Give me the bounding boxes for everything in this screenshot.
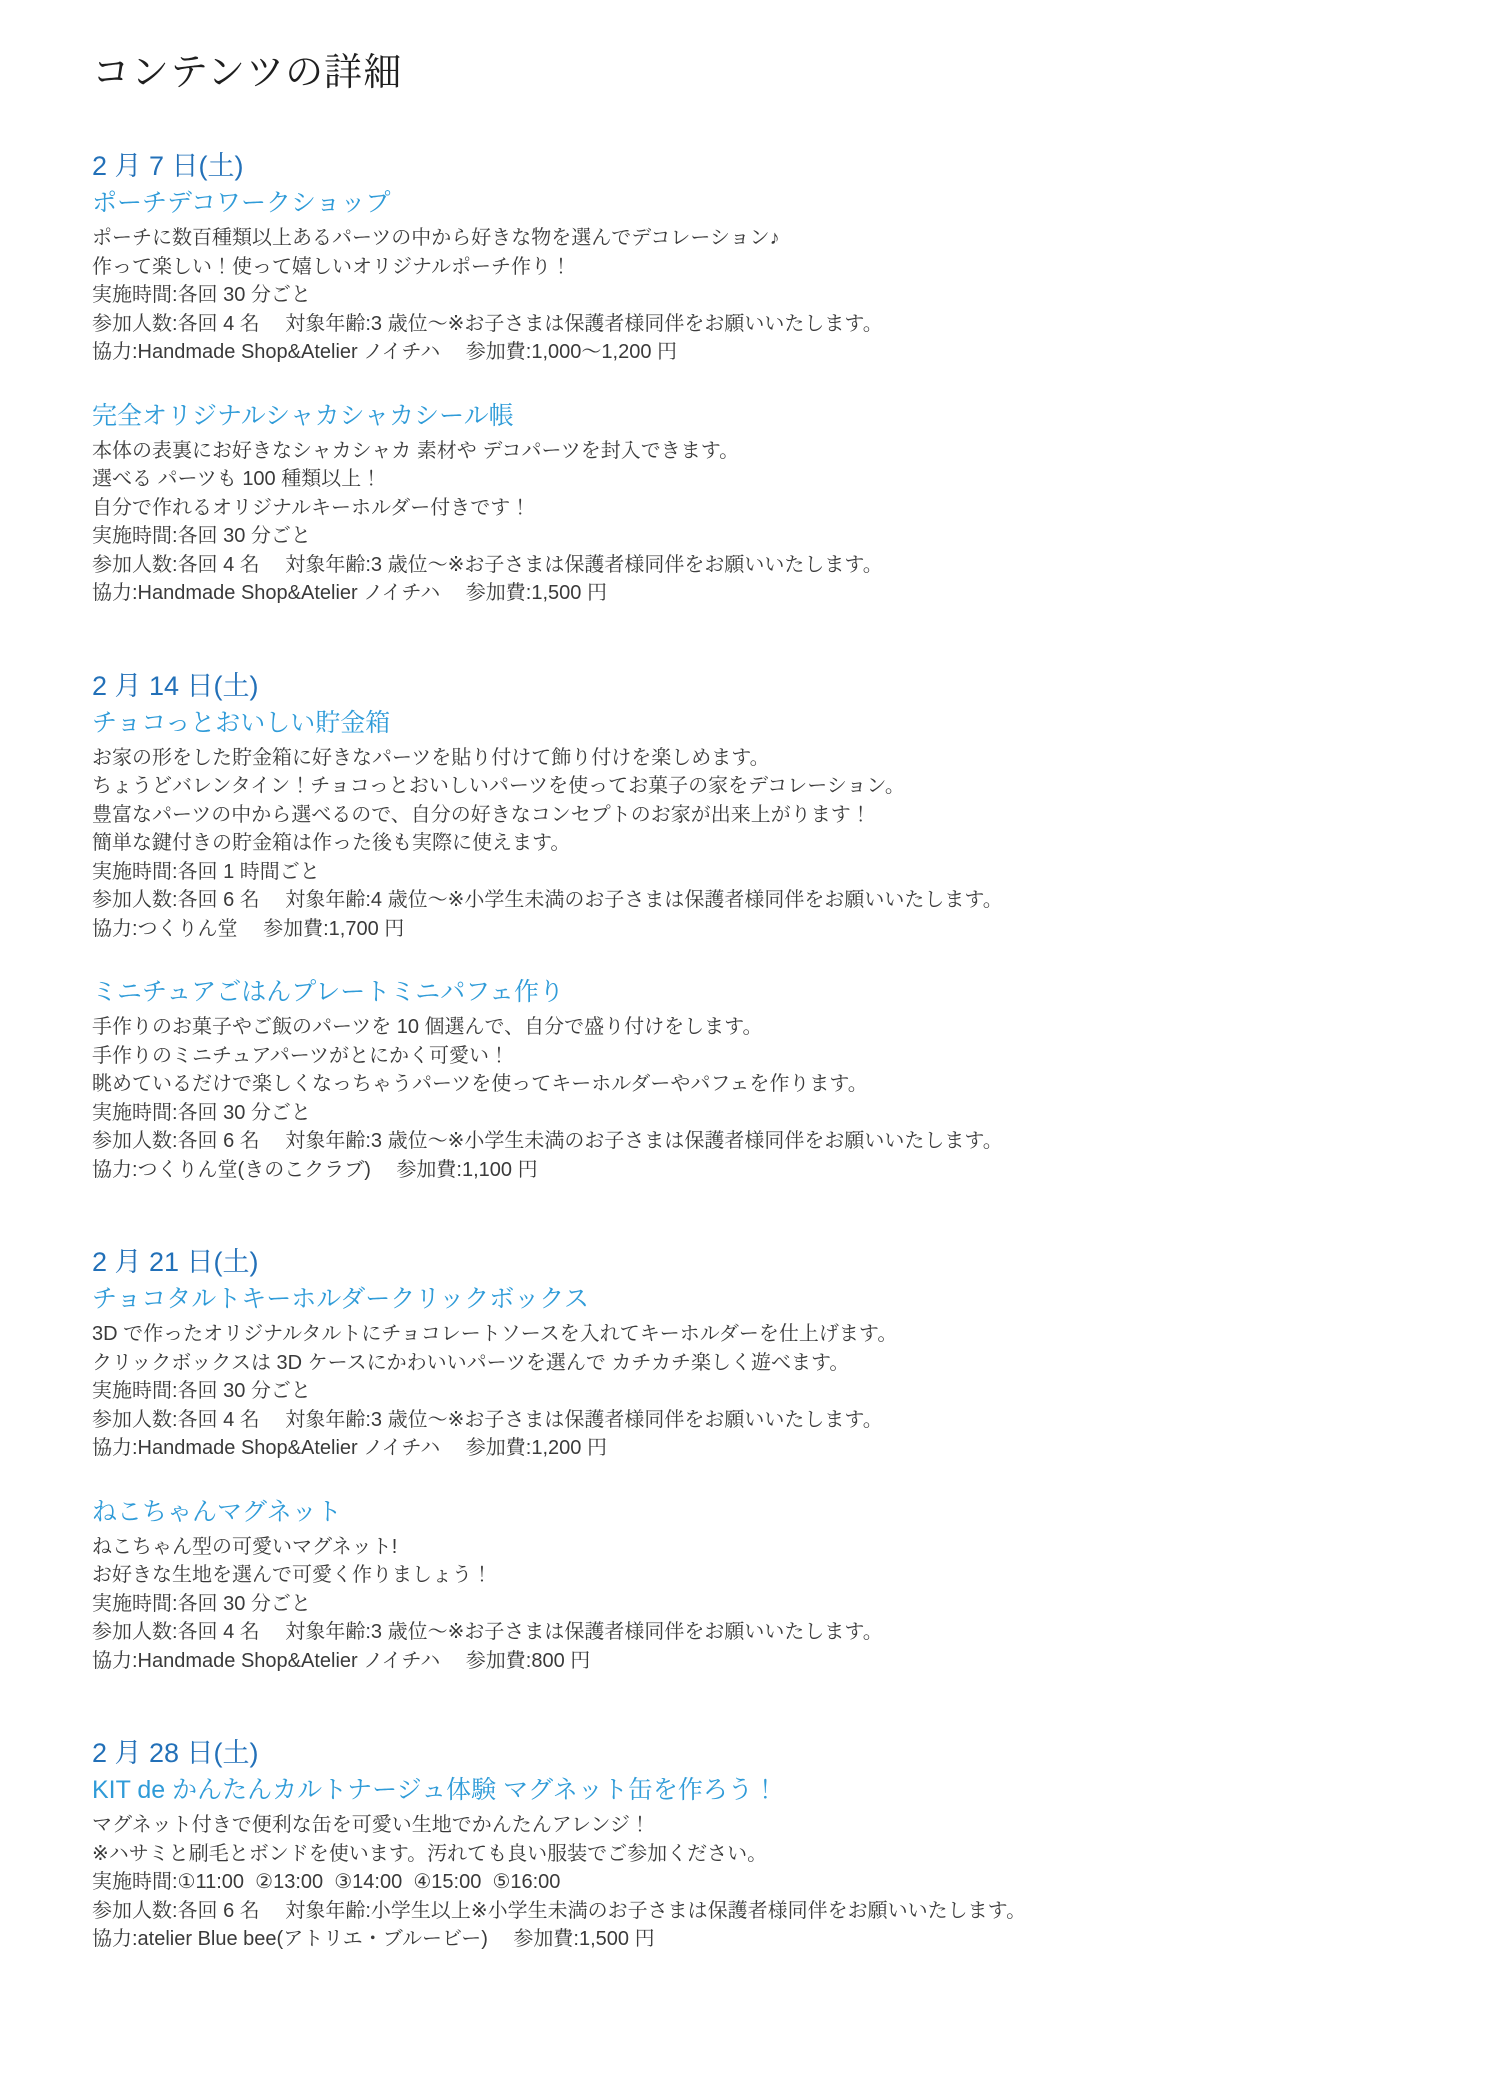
event-detail-line: 簡単な鍵付きの貯金箱は作った後も実際に使えます。 [92, 829, 1395, 858]
event-detail-line: 作って楽しい！使って嬉しいオリジナルポーチ作り！ [92, 253, 1395, 282]
event-detail-line: 本体の表裏にお好きなシャカシャカ 素材や デコパーツを封入できます。 [92, 437, 1395, 466]
events-container: KIT de かんたんカルトナージュ体験 マグネット缶を作ろう！ マグネット付き… [92, 1773, 1395, 1954]
event-detail-line: 眺めているだけで楽しくなっちゃうパーツを使ってキーホルダーやパフェを作ります。 [92, 1070, 1395, 1099]
event-detail-line: 実施時間:各回 30 分ごと [92, 1590, 1395, 1619]
date-heading: 2 月 14 日(土) [92, 668, 1395, 704]
event-detail-line: 参加人数:各回 4 名 対象年齢:3 歳位～※お子さまは保護者様同伴をお願いいた… [92, 310, 1395, 339]
event-block: チョコタルトキーホルダークリックボックス 3D で作ったオリジナルタルトにチョコ… [92, 1282, 1395, 1463]
event-detail-line: マグネット付きで便利な缶を可愛い生地でかんたんアレンジ！ [92, 1811, 1395, 1840]
event-block: 完全オリジナルシャカシャカシール帳 本体の表裏にお好きなシャカシャカ 素材や デ… [92, 399, 1395, 608]
events-container: チョコタルトキーホルダークリックボックス 3D で作ったオリジナルタルトにチョコ… [92, 1282, 1395, 1675]
event-block: ねこちゃんマグネット ねこちゃん型の可愛いマグネット! お好きな生地を選んで可愛… [92, 1495, 1395, 1676]
event-block: チョコっとおいしい貯金箱 お家の形をした貯金箱に好きなパーツを貼り付けて飾り付け… [92, 706, 1395, 944]
event-detail-line: 参加人数:各回 6 名 対象年齢:4 歳位～※小学生未満のお子さまは保護者様同伴… [92, 886, 1395, 915]
event-lines: 本体の表裏にお好きなシャカシャカ 素材や デコパーツを封入できます。 選べる パ… [92, 437, 1395, 608]
event-detail-line: 自分で作れるオリジナルキーホルダー付きです！ [92, 494, 1395, 523]
date-heading: 2 月 7 日(土) [92, 148, 1395, 184]
event-detail-line: 参加人数:各回 6 名 対象年齢:小学生以上※小学生未満のお子さまは保護者様同伴… [92, 1897, 1395, 1926]
event-detail-line: 参加人数:各回 4 名 対象年齢:3 歳位～※お子さまは保護者様同伴をお願いいた… [92, 1618, 1395, 1647]
event-detail-line: クリックボックスは 3D ケースにかわいいパーツを選んで カチカチ楽しく遊べます… [92, 1349, 1395, 1378]
event-detail-line: ねこちゃん型の可愛いマグネット! [92, 1533, 1395, 1562]
date-section: 2 月 28 日(土) KIT de かんたんカルトナージュ体験 マグネット缶を… [92, 1735, 1395, 1954]
sections-container: 2 月 7 日(土) ポーチデコワークショップ ポーチに数百種類以上あるパーツの… [92, 148, 1395, 1954]
event-detail-line: 協力:つくりん堂(きのこクラブ) 参加費:1,100 円 [92, 1156, 1395, 1185]
event-detail-line: 参加人数:各回 4 名 対象年齢:3 歳位～※お子さまは保護者様同伴をお願いいた… [92, 1406, 1395, 1435]
event-title: 完全オリジナルシャカシャカシール帳 [92, 399, 1395, 433]
date-heading: 2 月 28 日(土) [92, 1735, 1395, 1771]
event-detail-line: 協力:つくりん堂 参加費:1,700 円 [92, 915, 1395, 944]
event-detail-line: 協力:Handmade Shop&Atelier ノイチハ 参加費:1,200 … [92, 1434, 1395, 1463]
event-detail-line: ちょうどバレンタイン！チョコっとおいしいパーツを使ってお菓子の家をデコレーション… [92, 772, 1395, 801]
event-detail-line: ※ハサミと刷毛とボンドを使います。汚れても良い服装でご参加ください。 [92, 1840, 1395, 1869]
events-container: ポーチデコワークショップ ポーチに数百種類以上あるパーツの中から好きな物を選んで… [92, 186, 1395, 608]
event-detail-line: 豊富なパーツの中から選べるので、自分の好きなコンセプトのお家が出来上がります！ [92, 801, 1395, 830]
event-block: ミニチュアごはんプレートミニパフェ作り 手作りのお菓子やご飯のパーツを 10 個… [92, 975, 1395, 1184]
date-section: 2 月 14 日(土) チョコっとおいしい貯金箱 お家の形をした貯金箱に好きなパ… [92, 668, 1395, 1185]
event-detail-line: 実施時間:各回 30 分ごと [92, 522, 1395, 551]
event-detail-line: 協力:Handmade Shop&Atelier ノイチハ 参加費:800 円 [92, 1647, 1395, 1676]
event-detail-line: 手作りのミニチュアパーツがとにかく可愛い！ [92, 1042, 1395, 1071]
event-title: ポーチデコワークショップ [92, 186, 1395, 220]
event-detail-line: 協力:atelier Blue bee(アトリエ・ブルービー) 参加費:1,50… [92, 1925, 1395, 1954]
event-detail-line: 実施時間:①11:00 ②13:00 ③14:00 ④15:00 ⑤16:00 [92, 1868, 1395, 1897]
event-title: チョコっとおいしい貯金箱 [92, 706, 1395, 740]
event-lines: マグネット付きで便利な缶を可愛い生地でかんたんアレンジ！ ※ハサミと刷毛とボンド… [92, 1811, 1395, 1954]
event-lines: ねこちゃん型の可愛いマグネット! お好きな生地を選んで可愛く作りましょう！ 実施… [92, 1533, 1395, 1676]
event-detail-line: お好きな生地を選んで可愛く作りましょう！ [92, 1561, 1395, 1590]
event-block: KIT de かんたんカルトナージュ体験 マグネット缶を作ろう！ マグネット付き… [92, 1773, 1395, 1954]
event-title: ねこちゃんマグネット [92, 1495, 1395, 1529]
document-page: コンテンツの詳細 2 月 7 日(土) ポーチデコワークショップ ポーチに数百種… [0, 0, 1485, 1954]
event-lines: お家の形をした貯金箱に好きなパーツを貼り付けて飾り付けを楽しめます。 ちょうどバ… [92, 744, 1395, 944]
events-container: チョコっとおいしい貯金箱 お家の形をした貯金箱に好きなパーツを貼り付けて飾り付け… [92, 706, 1395, 1185]
event-detail-line: 選べる パーツも 100 種類以上！ [92, 465, 1395, 494]
page-title: コンテンツの詳細 [92, 48, 1395, 98]
event-detail-line: 実施時間:各回 30 分ごと [92, 281, 1395, 310]
event-title: チョコタルトキーホルダークリックボックス [92, 1282, 1395, 1316]
event-detail-line: 協力:Handmade Shop&Atelier ノイチハ 参加費:1,500 … [92, 579, 1395, 608]
date-section: 2 月 7 日(土) ポーチデコワークショップ ポーチに数百種類以上あるパーツの… [92, 148, 1395, 608]
date-heading: 2 月 21 日(土) [92, 1244, 1395, 1280]
event-detail-line: 参加人数:各回 4 名 対象年齢:3 歳位～※お子さまは保護者様同伴をお願いいた… [92, 551, 1395, 580]
event-block: ポーチデコワークショップ ポーチに数百種類以上あるパーツの中から好きな物を選んで… [92, 186, 1395, 367]
event-detail-line: 協力:Handmade Shop&Atelier ノイチハ 参加費:1,000～… [92, 338, 1395, 367]
event-detail-line: お家の形をした貯金箱に好きなパーツを貼り付けて飾り付けを楽しめます。 [92, 744, 1395, 773]
event-detail-line: ポーチに数百種類以上あるパーツの中から好きな物を選んでデコレーション♪ [92, 224, 1395, 253]
event-detail-line: 手作りのお菓子やご飯のパーツを 10 個選んで、自分で盛り付けをします。 [92, 1013, 1395, 1042]
event-detail-line: 実施時間:各回 1 時間ごと [92, 858, 1395, 887]
event-lines: 手作りのお菓子やご飯のパーツを 10 個選んで、自分で盛り付けをします。 手作り… [92, 1013, 1395, 1184]
event-lines: 3D で作ったオリジナルタルトにチョコレートソースを入れてキーホルダーを仕上げま… [92, 1320, 1395, 1463]
event-detail-line: 参加人数:各回 6 名 対象年齢:3 歳位～※小学生未満のお子さまは保護者様同伴… [92, 1127, 1395, 1156]
event-detail-line: 実施時間:各回 30 分ごと [92, 1099, 1395, 1128]
event-lines: ポーチに数百種類以上あるパーツの中から好きな物を選んでデコレーション♪ 作って楽… [92, 224, 1395, 367]
date-section: 2 月 21 日(土) チョコタルトキーホルダークリックボックス 3D で作った… [92, 1244, 1395, 1675]
event-detail-line: 実施時間:各回 30 分ごと [92, 1377, 1395, 1406]
event-detail-line: 3D で作ったオリジナルタルトにチョコレートソースを入れてキーホルダーを仕上げま… [92, 1320, 1395, 1349]
event-title: ミニチュアごはんプレートミニパフェ作り [92, 975, 1395, 1009]
event-title: KIT de かんたんカルトナージュ体験 マグネット缶を作ろう！ [92, 1773, 1395, 1807]
